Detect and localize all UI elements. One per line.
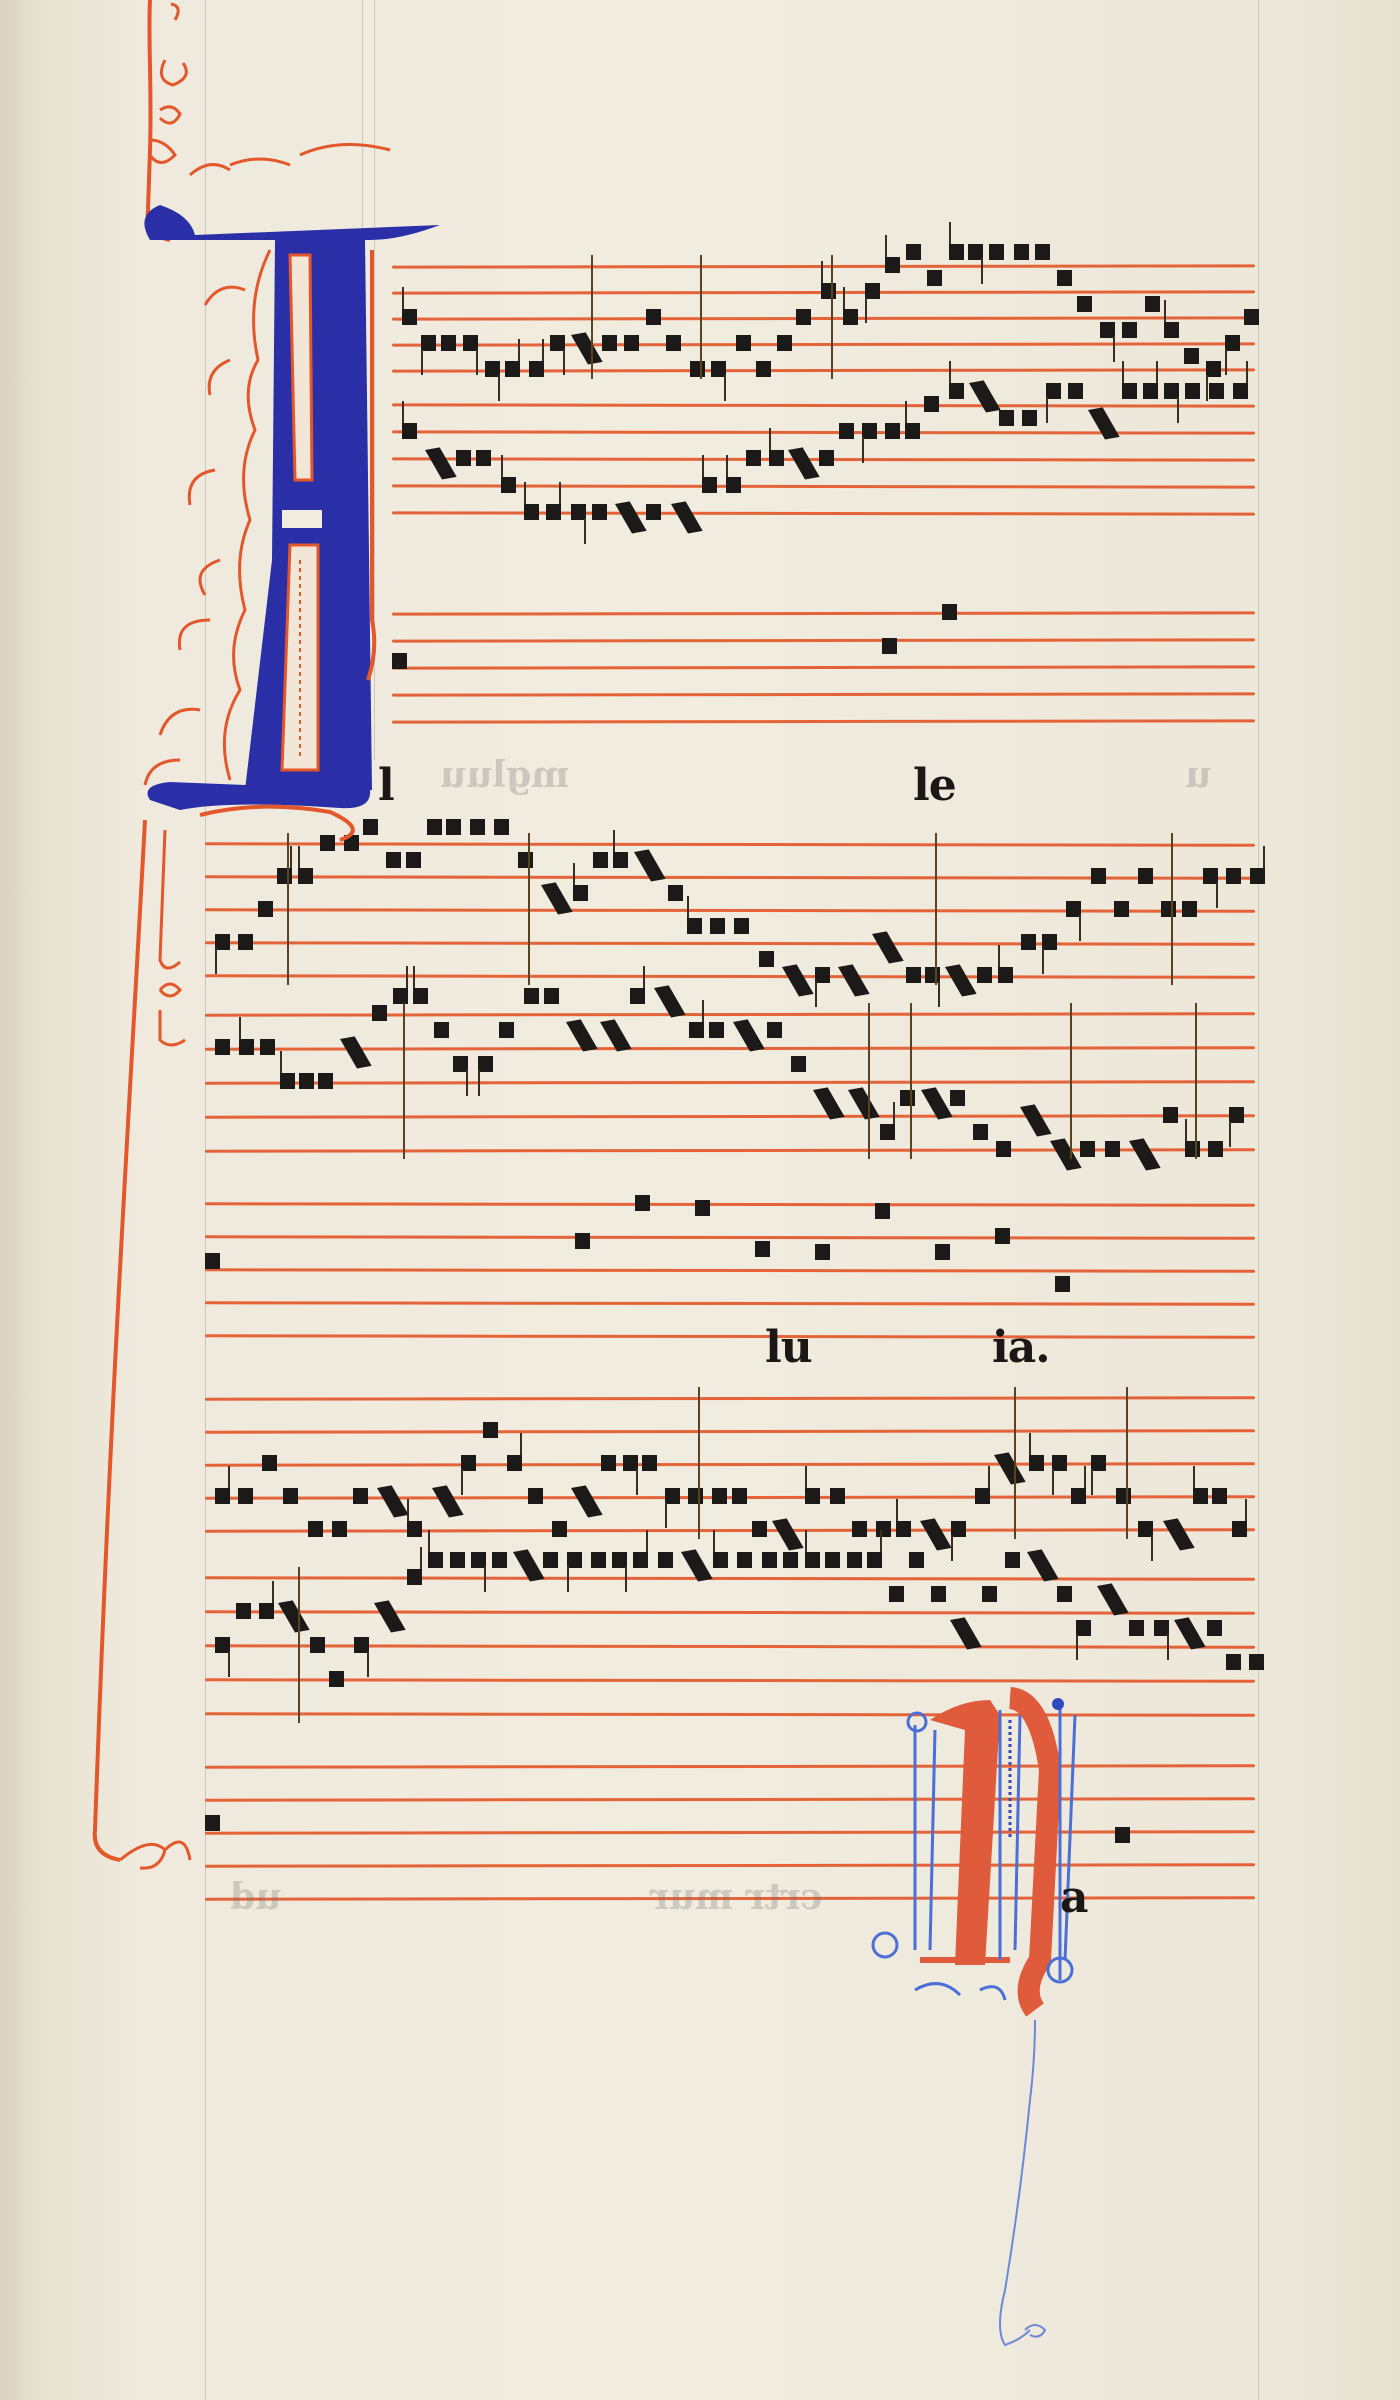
lyric-syllable: l [378,760,394,811]
initial-n-illumination [0,0,1400,2400]
lyric-syllable: le [913,760,956,811]
lyric-syllable: a [1060,1872,1088,1923]
lyric-syllable: lu [765,1322,812,1373]
lyric-syllable: ia. [992,1322,1050,1373]
manuscript-page: mgluuucrtr murud [0,0,1400,2400]
